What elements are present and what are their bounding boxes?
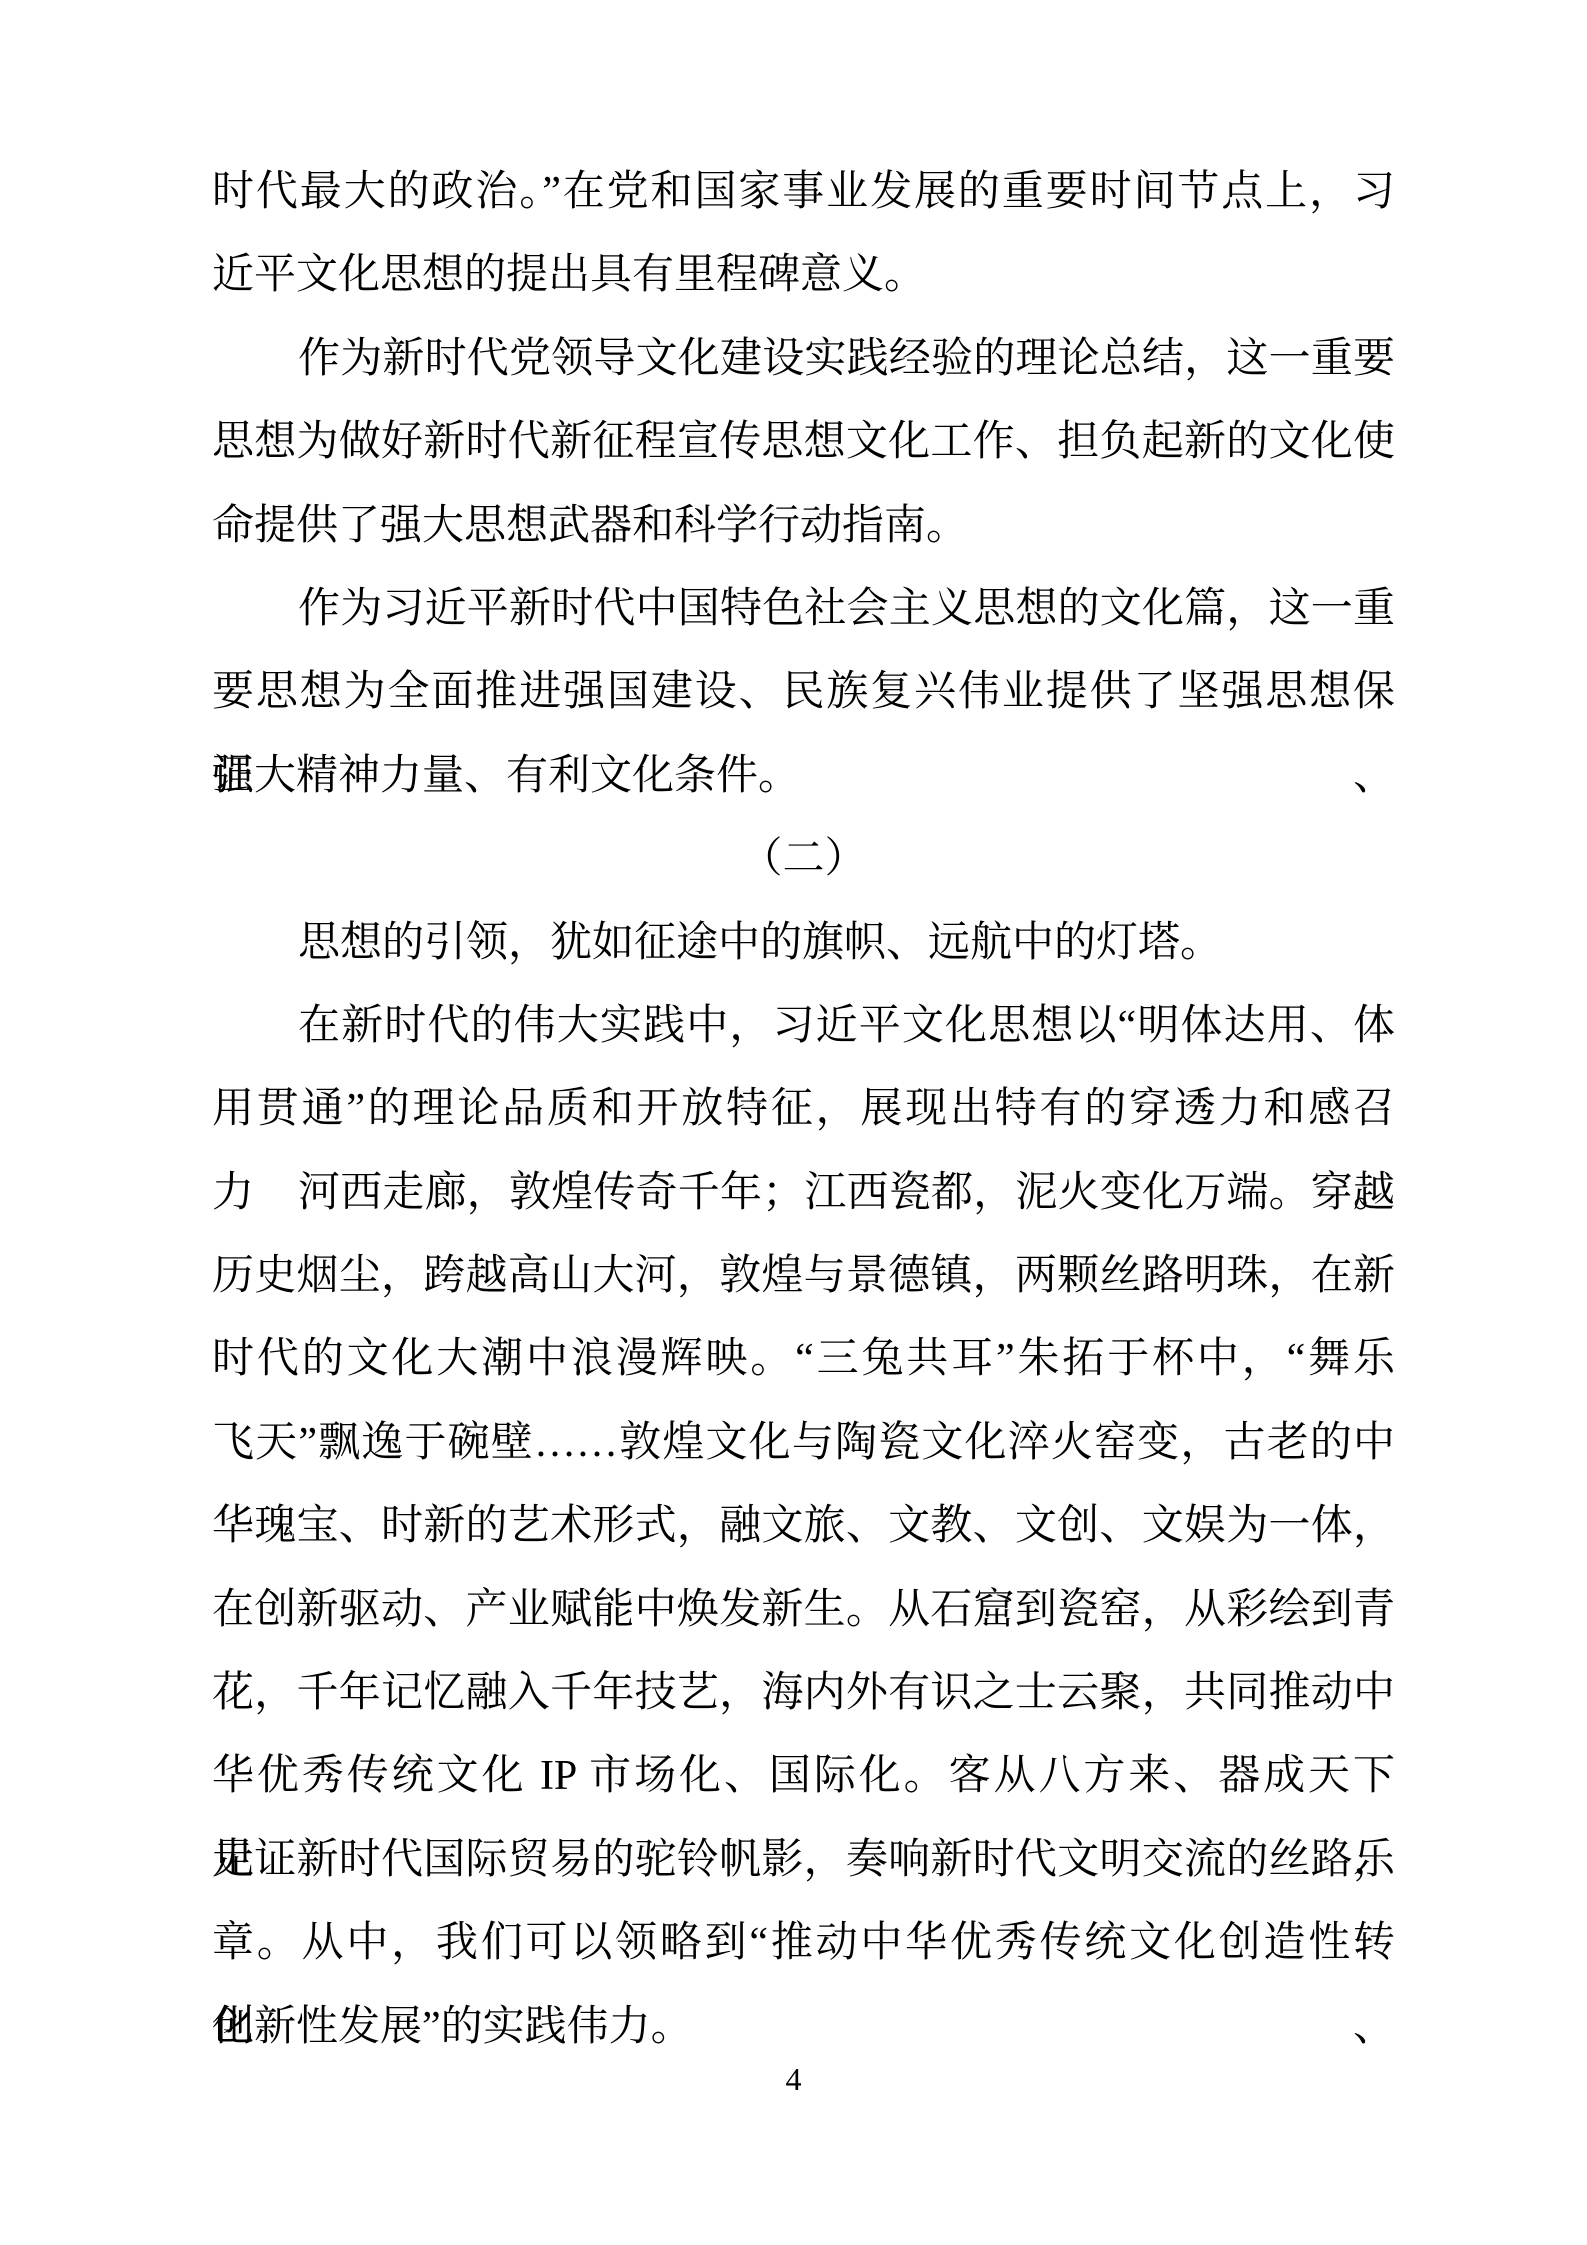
page-number: 4 — [0, 2062, 1587, 2096]
document-line: 华瑰宝、时新的艺术形式，融文旅、文教、文创、文娱为一体， — [212, 1485, 1395, 1568]
document-page: 时代最大的政治。”在党和国家事业发展的重要时间节点上，习 近平文化思想的提出具有… — [0, 0, 1587, 2245]
document-line: 在新时代的伟大实践中，习近平文化思想以“明体达用、体 — [212, 985, 1395, 1068]
document-line: 华优秀传统文化 IP 市场化、国际化。客从八方来、器成天下走， — [212, 1735, 1395, 1818]
document-line: 见证新时代国际贸易的驼铃帆影，奏响新时代文明交流的丝路乐 — [212, 1819, 1395, 1902]
document-line: 作为习近平新时代中国特色社会主义思想的文化篇，这一重 — [212, 568, 1395, 651]
document-line: 作为新时代党领导文化建设实践经验的理论总结，这一重要 — [212, 318, 1395, 401]
document-body: 时代最大的政治。”在党和国家事业发展的重要时间节点上，习 近平文化思想的提出具有… — [212, 151, 1395, 2069]
document-line: 思想的引领，犹如征途中的旗帜、远航中的灯塔。 — [212, 902, 1395, 985]
document-line: 在创新驱动、产业赋能中焕发新生。从石窟到瓷窑，从彩绘到青 — [212, 1569, 1395, 1652]
document-line: 历史烟尘，跨越高山大河，敦煌与景德镇，两颗丝路明珠，在新 — [212, 1235, 1395, 1318]
document-line: 河西走廊，敦煌传奇千年；江西瓷都，泥火变化万端。穿越 — [212, 1152, 1395, 1235]
document-line: 花，千年记忆融入千年技艺，海内外有识之士云聚，共同推动中 — [212, 1652, 1395, 1735]
document-line: 要思想为全面推进强国建设、民族复兴伟业提供了坚强思想保证、 — [212, 651, 1395, 734]
document-line: 用贯通”的理论品质和开放特征，展现出特有的穿透力和感召力。 — [212, 1068, 1395, 1151]
document-line: 时代的文化大潮中浪漫辉映。“三兔共耳”朱拓于杯中，“舞乐 — [212, 1318, 1395, 1401]
document-line: 近平文化思想的提出具有里程碑意义。 — [212, 234, 1395, 317]
document-line: 章。从中，我们可以领略到“推动中华优秀传统文化创造性转化、 — [212, 1902, 1395, 1985]
section-heading: （二） — [212, 818, 1395, 901]
document-line: 飞天”飘逸于碗壁……敦煌文化与陶瓷文化淬火窑变，古老的中 — [212, 1402, 1395, 1485]
document-line: 命提供了强大思想武器和科学行动指南。 — [212, 485, 1395, 568]
document-line: 时代最大的政治。”在党和国家事业发展的重要时间节点上，习 — [212, 151, 1395, 234]
document-line: 思想为做好新时代新征程宣传思想文化工作、担负起新的文化使 — [212, 401, 1395, 484]
